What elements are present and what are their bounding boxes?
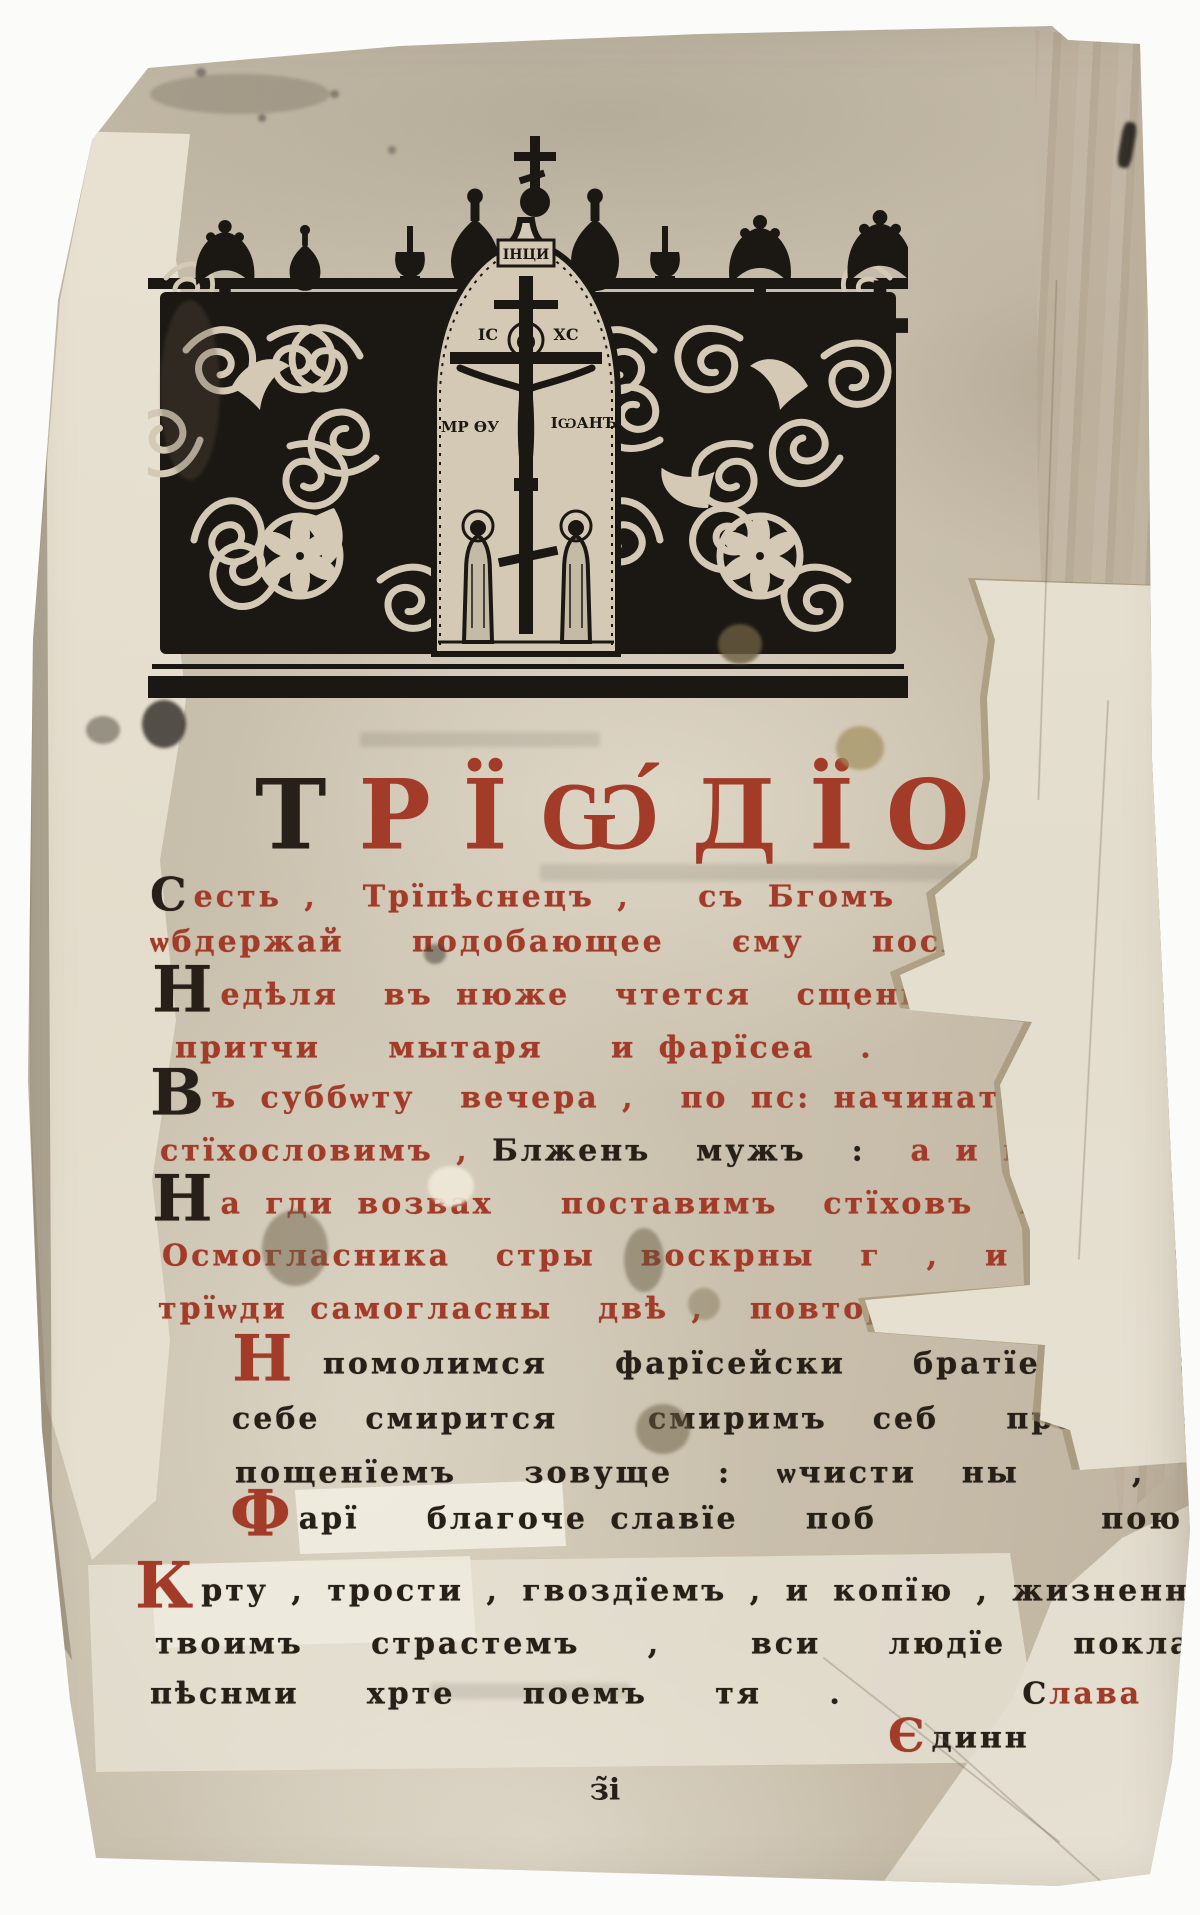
text-line-13: Фарї благоче славїе поб пою тя хрте . [230,1502,1200,1537]
grime [150,74,330,114]
text-segment: динн [932,1721,1030,1756]
text-segment: пѣснми хрте поемъ тя . [150,1677,1022,1712]
text-segment: Ф [230,1477,294,1552]
stain [86,716,120,744]
stain [624,1228,664,1292]
stain [262,1210,328,1286]
manuscript-leaf: ІНЦИ ІС ХС МР ѲУ [0,0,1200,1915]
stain [718,624,762,664]
text-line-6: стїхословимъ , Блженъ мужъ : а и кадї [160,1134,1088,1169]
text-segment: Н [232,1322,295,1397]
book-page-photo: ІНЦИ ІС ХС МР ѲУ [0,0,1200,1915]
text-segment: пощенїемъ зовуще : ѡчисти ны , мене ради [235,1456,1200,1491]
text-segment: К [135,1549,196,1624]
text-line-4: притчи мытаря и фарїсеа . [175,1031,874,1066]
text-line-12: пощенїемъ зовуще : ѡчисти ны , мене ради [235,1456,1200,1491]
text-segment: притчи мытаря и фарїсеа . [175,1031,874,1066]
stain [688,1288,720,1320]
stain [636,1404,690,1454]
paper-loss [428,1166,474,1206]
text-segment: В [150,1056,207,1131]
text-segment: С [1022,1677,1049,1712]
grime [160,300,220,480]
text-segment: лава : [1049,1677,1200,1712]
speck [330,90,339,98]
text-segment: Н [152,1162,215,1237]
speck [258,114,266,122]
text-line-16: пѣснми хрте поемъ тя . Слава : трчен [150,1677,1200,1712]
text-segment: Н [152,953,215,1028]
text-line-1: Сесть , Трїпѣснецъ , съ Бгомъ [150,880,896,915]
text-line-15: твоимъ страстемъ , вси людїе покланяющее [155,1627,1200,1662]
text-segment: а гди возвах поставимъ стїховъ ї : [220,1187,1092,1222]
ink-blot [142,700,186,748]
text-segment: арї благоче славїе поб пою тя хрте . [299,1502,1200,1537]
text-segment: С [150,868,190,922]
text-segment: Блженъ мужъ : [492,1134,888,1169]
folio-number: з̃і [590,1773,621,1808]
text-line-14: Крту , трости , гвоздїемъ , и копїю , жи… [135,1574,1200,1609]
text-segment: твоимъ страстемъ , вси людїе покланяющее [155,1627,1200,1662]
text-segment: Т [255,759,358,872]
speck [388,146,396,154]
text-segment: есть , Трїпѣснецъ , съ Бгомъ [194,880,896,915]
text-segment: рту , трости , гвоздїемъ , и копїю , жиз… [201,1574,1200,1609]
stain [424,944,446,964]
stain [836,726,884,770]
